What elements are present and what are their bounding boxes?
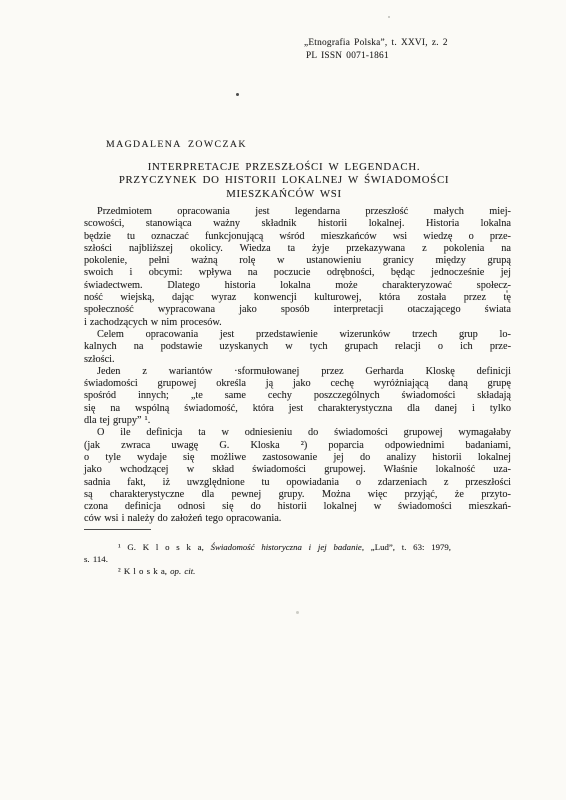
body-line: sadnia fakt, iż uwzględnione tu opowiada…: [84, 477, 511, 489]
footnote-text: ¹ G. K l o s k a,: [118, 542, 211, 552]
body-line: dla tej grupy” ¹.: [84, 415, 511, 427]
journal-reference: „Etnografia Polska”, t. XXVI, z. 2 PL IS…: [304, 37, 448, 62]
body-line: czona definicja odnosi się do historii l…: [84, 501, 511, 513]
footnote-work-title: Świadomość historyczna i jej badanie: [211, 542, 362, 552]
scan-speck: [296, 611, 299, 614]
body-line: pokolenie, pełni ważną rolę w ustanowien…: [84, 255, 511, 267]
footnote-separator: [84, 529, 151, 530]
footnote-text: ² K l o s k a,: [118, 566, 170, 576]
body-line: świadomości grupowej określa ją jako cec…: [84, 378, 511, 390]
footnote-text: s. 114.: [84, 554, 108, 564]
body-line: i zachodzących w nim procesów.: [84, 317, 511, 329]
body-line: są charakterystyczne dla pewnej grupy. M…: [84, 489, 511, 501]
article-title-line-3: MIESZKAŃCÓW WSI: [84, 188, 484, 201]
issn-number: PL ISSN 0071-1861: [304, 50, 448, 63]
body-line: się na wspólną świadomość, która jest ch…: [84, 403, 511, 415]
body-line: ność wiejską, dając wyraz konwencji kult…: [84, 292, 511, 304]
body-line: świadectwem. Dlatego historia lokalna mo…: [84, 280, 511, 292]
body-text: Przedmiotem opracowania jest legendarna …: [84, 206, 511, 526]
body-line: (jak zwraca uwagę G. Kloska ²) poparcia …: [84, 440, 511, 452]
body-line: Przedmiotem opracowania jest legendarna …: [84, 206, 511, 218]
scan-speck: [388, 16, 390, 18]
footnotes: ¹ G. K l o s k a, Świadomość historyczna…: [84, 541, 451, 577]
body-line: o tyle wydaje się możliwe zastosowanie j…: [84, 452, 511, 464]
body-line: Jeden z wariantów ·sformułowanej przez G…: [84, 366, 511, 378]
footnote-line: ² K l o s k a, op. cit.: [84, 565, 451, 577]
footnote-line: s. 114.: [84, 553, 451, 565]
body-line: kalnych na podstawie uzyskanych w tych g…: [84, 341, 511, 353]
footnote-work-title: op. cit.: [170, 566, 195, 576]
body-line: scowości, stanowiąca ważny składnik hist…: [84, 218, 511, 230]
body-line: spośród innych; „te same cechy poszczegó…: [84, 390, 511, 402]
scan-speck: [506, 290, 508, 293]
body-line: szłości najbliższej okolicy. Wiedza ta ż…: [84, 243, 511, 255]
body-line: Celem opracowania jest przedstawienie wi…: [84, 329, 511, 341]
scan-speck: [236, 93, 239, 96]
body-line: ców wsi i należy do założeń tego opracow…: [84, 513, 511, 525]
scanned-article-page: „Etnografia Polska”, t. XXVI, z. 2 PL IS…: [0, 0, 566, 800]
body-line: szłości.: [84, 354, 511, 366]
body-line: społeczność wypracowana jako sposób inte…: [84, 304, 511, 316]
body-line: swoich i obcymi: wpływa na poczucie odrę…: [84, 267, 511, 279]
footnote-text: , „Lud”, t. 63: 1979,: [362, 542, 451, 552]
body-line: O ile definicja ta w odniesieniu do świa…: [84, 427, 511, 439]
body-line: będzie tu oznaczać funkcjonującą wśród m…: [84, 231, 511, 243]
footnote-line: ¹ G. K l o s k a, Świadomość historyczna…: [84, 541, 451, 553]
article-title-line-1: INTERPRETACJE PRZESZŁOŚCI W LEGENDACH.: [84, 161, 484, 174]
journal-title-volume: „Etnografia Polska”, t. XXVI, z. 2: [304, 37, 448, 50]
body-line: jako wchodzącej w skład świadomości grup…: [84, 464, 511, 476]
author-name: MAGDALENA ZOWCZAK: [106, 139, 247, 150]
article-title-line-2: PRZYCZYNEK DO HISTORII LOKALNEJ W ŚWIADO…: [84, 174, 484, 187]
article-title: INTERPRETACJE PRZESZŁOŚCI W LEGENDACH. P…: [84, 161, 484, 201]
